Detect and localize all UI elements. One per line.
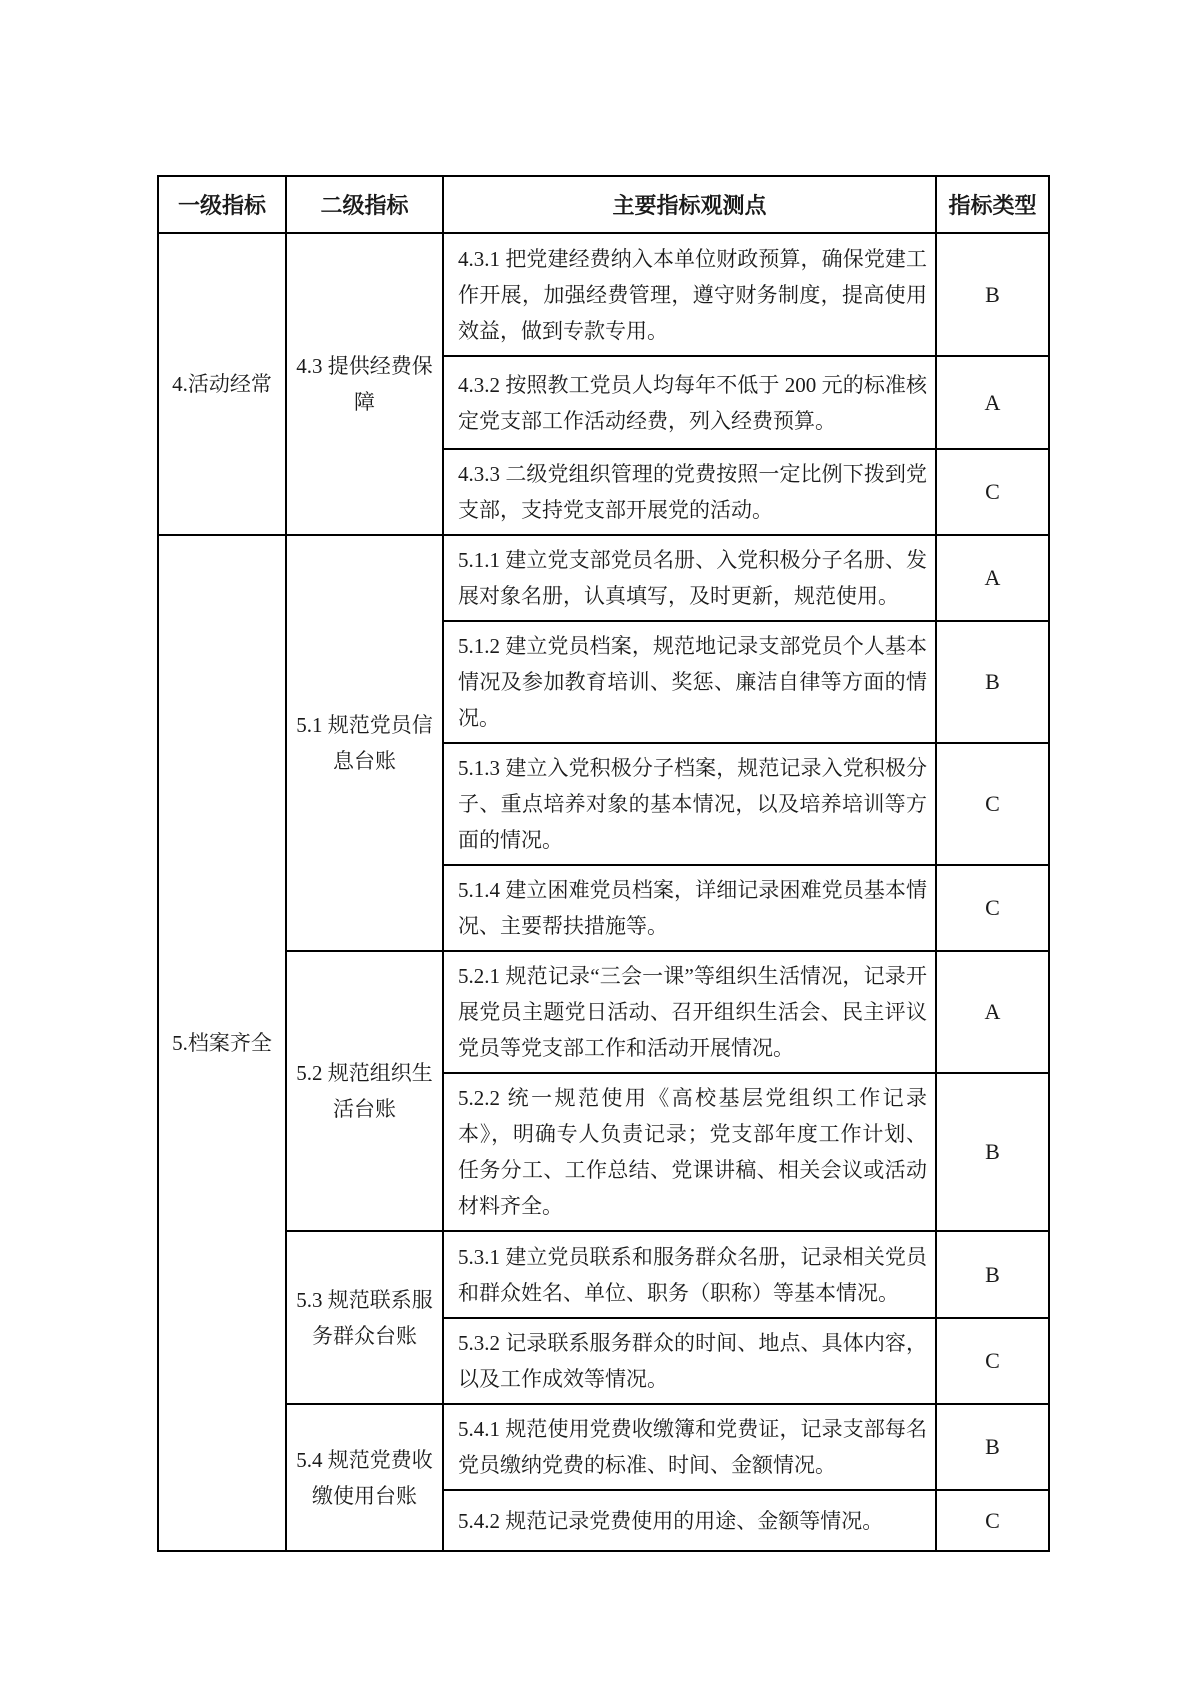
- observation-cell-4-3-2: 4.3.2 按照教工党员人均每年不低于 200 元的标准核定党支部工作活动经费，…: [443, 356, 936, 449]
- type-cell-5-4-2: C: [936, 1490, 1049, 1551]
- observation-cell-4-3-3: 4.3.3 二级党组织管理的党费按照一定比例下拨到党支部，支持党支部开展党的活动…: [443, 449, 936, 535]
- type-cell-5-1-2: B: [936, 621, 1049, 743]
- type-cell-5-3-1: B: [936, 1231, 1049, 1318]
- type-cell-4-3-2: A: [936, 356, 1049, 449]
- level2-cell-5-3: 5.3 规范联系服务群众台账: [286, 1231, 443, 1404]
- observation-cell-5-2-2: 5.2.2 统一规范使用《高校基层党组织工作记录本》，明确专人负责记录；党支部年…: [443, 1073, 936, 1231]
- col-header-indicator-type: 指标类型: [936, 176, 1049, 233]
- document-page: 一级指标 二级指标 主要指标观测点 指标类型 4.活动经常 4.3 提供经费保障…: [0, 0, 1191, 1684]
- type-cell-4-3-3: C: [936, 449, 1049, 535]
- indicator-table: 一级指标 二级指标 主要指标观测点 指标类型 4.活动经常 4.3 提供经费保障…: [157, 175, 1050, 1552]
- level1-cell-5: 5.档案齐全: [158, 535, 286, 1551]
- observation-cell-5-3-2: 5.3.2 记录联系服务群众的时间、地点、具体内容，以及工作成效等情况。: [443, 1318, 936, 1404]
- observation-cell-4-3-1: 4.3.1 把党建经费纳入本单位财政预算，确保党建工作开展，加强经费管理，遵守财…: [443, 233, 936, 356]
- table-row: 5.2 规范组织生活台账 5.2.1 规范记录“三会一课”等组织生活情况，记录开…: [158, 951, 1049, 1073]
- col-header-level2-indicator: 二级指标: [286, 176, 443, 233]
- level2-cell-5-1: 5.1 规范党员信息台账: [286, 535, 443, 951]
- header-row: 一级指标 二级指标 主要指标观测点 指标类型: [158, 176, 1049, 233]
- type-cell-5-1-1: A: [936, 535, 1049, 621]
- type-cell-4-3-1: B: [936, 233, 1049, 356]
- level2-cell-5-4: 5.4 规范党费收缴使用台账: [286, 1404, 443, 1551]
- type-cell-5-1-4: C: [936, 865, 1049, 951]
- table-row: 5.4 规范党费收缴使用台账 5.4.1 规范使用党费收缴簿和党费证，记录支部每…: [158, 1404, 1049, 1490]
- type-cell-5-1-3: C: [936, 743, 1049, 865]
- type-cell-5-3-2: C: [936, 1318, 1049, 1404]
- observation-cell-5-1-3: 5.1.3 建立入党积极分子档案，规范记录入党积极分子、重点培养对象的基本情况，…: [443, 743, 936, 865]
- observation-cell-5-4-2: 5.4.2 规范记录党费使用的用途、金额等情况。: [443, 1490, 936, 1551]
- col-header-observation-points: 主要指标观测点: [443, 176, 936, 233]
- observation-cell-5-3-1: 5.3.1 建立党员联系和服务群众名册，记录相关党员和群众姓名、单位、职务（职称…: [443, 1231, 936, 1318]
- observation-cell-5-4-1: 5.4.1 规范使用党费收缴簿和党费证，记录支部每名党员缴纳党费的标准、时间、金…: [443, 1404, 936, 1490]
- observation-cell-5-1-4: 5.1.4 建立困难党员档案，详细记录困难党员基本情况、主要帮扶措施等。: [443, 865, 936, 951]
- table-row: 5.档案齐全 5.1 规范党员信息台账 5.1.1 建立党支部党员名册、入党积极…: [158, 535, 1049, 621]
- type-cell-5-2-1: A: [936, 951, 1049, 1073]
- level2-cell-5-2: 5.2 规范组织生活台账: [286, 951, 443, 1231]
- table-row: 5.3 规范联系服务群众台账 5.3.1 建立党员联系和服务群众名册，记录相关党…: [158, 1231, 1049, 1318]
- observation-cell-5-1-2: 5.1.2 建立党员档案，规范地记录支部党员个人基本情况及参加教育培训、奖惩、廉…: [443, 621, 936, 743]
- level2-cell-4-3: 4.3 提供经费保障: [286, 233, 443, 535]
- table-row: 4.活动经常 4.3 提供经费保障 4.3.1 把党建经费纳入本单位财政预算，确…: [158, 233, 1049, 356]
- observation-cell-5-1-1: 5.1.1 建立党支部党员名册、入党积极分子名册、发展对象名册，认真填写，及时更…: [443, 535, 936, 621]
- type-cell-5-4-1: B: [936, 1404, 1049, 1490]
- col-header-level1-indicator: 一级指标: [158, 176, 286, 233]
- observation-cell-5-2-1: 5.2.1 规范记录“三会一课”等组织生活情况，记录开展党员主题党日活动、召开组…: [443, 951, 936, 1073]
- type-cell-5-2-2: B: [936, 1073, 1049, 1231]
- level1-cell-4: 4.活动经常: [158, 233, 286, 535]
